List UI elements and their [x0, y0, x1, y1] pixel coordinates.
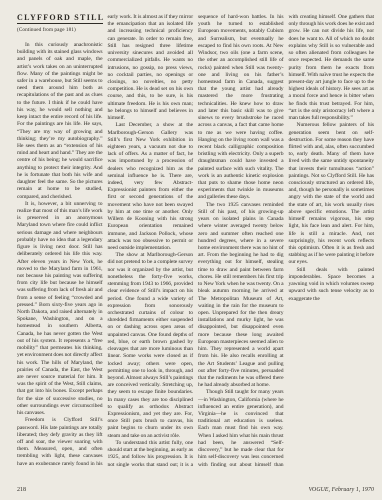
issue-credit: VOGUE, February 1, 1970 [309, 487, 374, 493]
magazine-page: CLYFFORD STILL (Continued from page 181)… [0, 0, 382, 500]
article-paragraph: Last December, a show at the Marlborough… [108, 122, 194, 252]
article-paragraph: Still deals with painted imponderables. … [289, 267, 375, 303]
article-paragraph: Numerous fellow painters of his generati… [289, 122, 375, 266]
continuation-note: (Continued from page 181) [17, 27, 103, 34]
article-paragraph: It is, however, a bit unnerving to reali… [17, 201, 103, 418]
article-paragraph: The two 1925 canvases reminded Still of … [198, 202, 284, 390]
article-title: CLYFFORD STILL [17, 14, 103, 24]
article-columns: CLYFFORD STILL (Continued from page 181)… [17, 14, 374, 473]
article-paragraph: The show at Marlborough-Gerson did not p… [108, 252, 194, 440]
page-footer: 218 VOGUE, February 1, 1970 [17, 487, 374, 493]
article-paragraph: In this curiously anachronistic building… [17, 42, 103, 201]
page-number: 218 [17, 487, 26, 493]
